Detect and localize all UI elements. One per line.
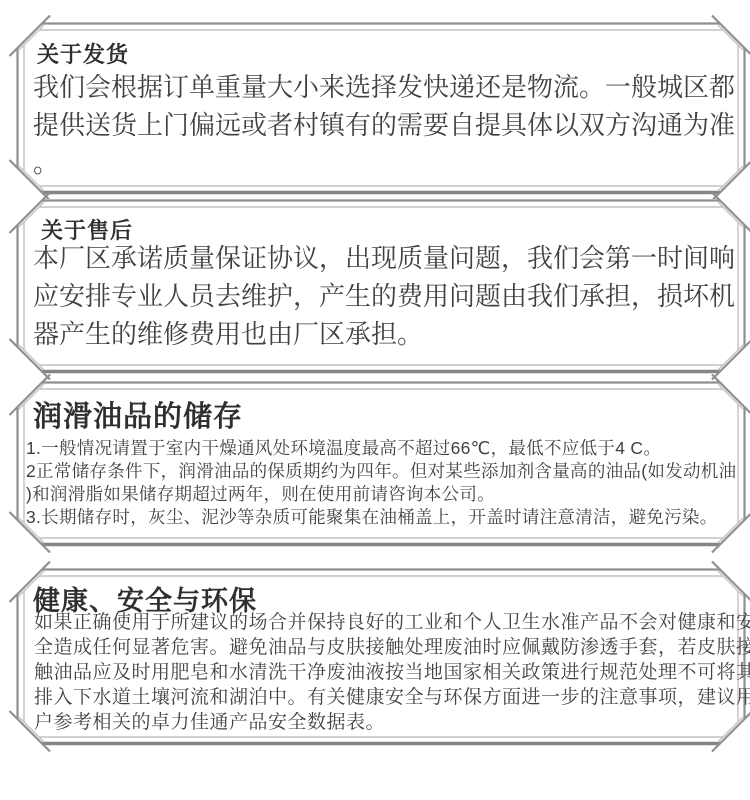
text-line: 本厂区承诺质量保证协议，出现质量问题，我们会第一时间响 <box>33 239 735 277</box>
section-body: 如果正确使用于所建议的场合并保持良好的工业和个人卫生水准产品不会对健康和安 全造… <box>34 610 750 735</box>
text-line: )和润滑脂如果储存期超过两年，则在使用前请咨询本公司。 <box>26 483 736 506</box>
text-line: 我们会根据订单重量大小来选择发快递还是物流。一般城区都 <box>33 68 735 106</box>
text-line: 户参考相关的卓力佳通产品安全数据表。 <box>34 710 750 735</box>
section-health-safety: 健康、安全与环保 如果正确使用于所建议的场合并保持良好的工业和个人卫生水准产品不… <box>16 568 746 745</box>
text-line: 3.长期储存时，灰尘、泥沙等杂质可能聚集在油桶盖上，开盖时请注意清洁，避免污染。 <box>26 506 736 529</box>
text-line: 提供送货上门偏远或者村镇有的需要自提具体以双方沟通为准 <box>33 106 735 144</box>
text-line: 。 <box>33 144 735 182</box>
text-line: 全造成任何显著危害。避免油品与皮肤接触处理废油时应佩戴防渗透手套，若皮肤接 <box>34 635 750 660</box>
text-line: 如果正确使用于所建议的场合并保持良好的工业和个人卫生水准产品不会对健康和安 <box>34 610 750 635</box>
text-line: 1.一般情况请置于室内干燥通风处环境温度最高不超过66℃，最低不应低于4 C。 <box>26 437 736 460</box>
text-line: 触油品应及时用肥皂和水清洗干净废油液按当地国家相关政策进行规范处理不可将其 <box>34 660 750 685</box>
section-storage: 润滑油品的储存 1.一般情况请置于室内干燥通风处环境温度最高不超过66℃，最低不… <box>16 381 746 546</box>
section-body: 本厂区承诺质量保证协议，出现质量问题，我们会第一时间响 应安排专业人员去维护，产… <box>33 239 735 353</box>
section-body: 我们会根据订单重量大小来选择发快递还是物流。一般城区都 提供送货上门偏远或者村镇… <box>33 68 735 182</box>
section-title: 润滑油品的储存 <box>33 394 243 435</box>
section-body: 1.一般情况请置于室内干燥通风处环境温度最高不超过66℃，最低不应低于4 C。 … <box>26 437 736 529</box>
text-line: 应安排专业人员去维护，产生的费用问题由我们承担，损坏机 <box>33 277 735 315</box>
section-aftersales: 关于售后 本厂区承诺质量保证协议，出现质量问题，我们会第一时间响 应安排专业人员… <box>16 199 746 373</box>
text-line: 2正常储存条件下，润滑油品的保质期约为四年。但对某些添加剂含量高的油品(如发动机… <box>26 460 736 483</box>
text-line: 排入下水道土壤河流和湖泊中。有关健康安全与环保方面进一步的注意事项，建议用 <box>34 685 750 710</box>
text-line: 器产生的维修费用也由厂区承担。 <box>33 315 735 353</box>
section-title: 关于发货 <box>37 38 129 69</box>
section-shipping: 关于发货 我们会根据订单重量大小来选择发快递还是物流。一般城区都 提供送货上门偏… <box>16 22 746 194</box>
